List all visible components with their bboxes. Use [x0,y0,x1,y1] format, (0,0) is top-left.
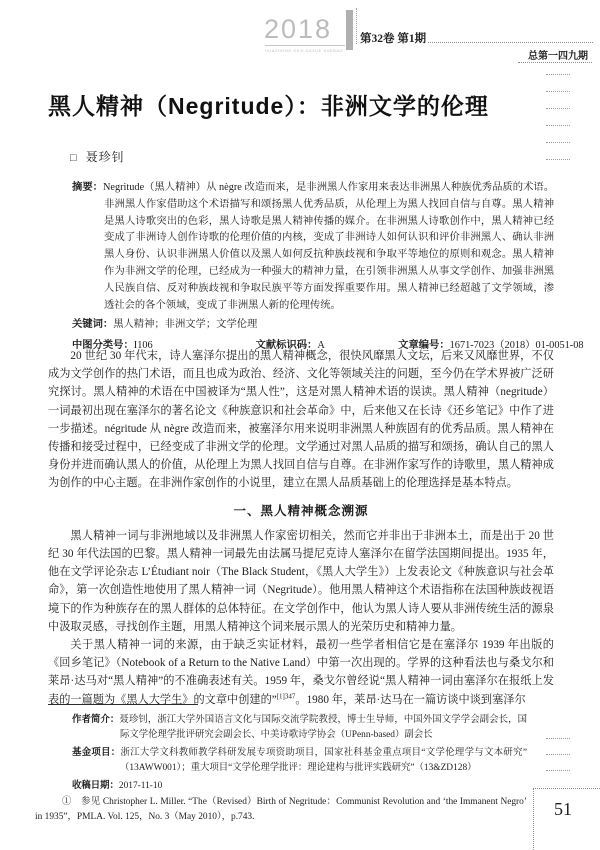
received-date-label: 收稿日期： [72,779,119,790]
dot-segment [546,159,570,160]
body-paragraph-1: 20 世纪 30 年代末，诗人塞泽尔提出的黑人精神概念，很快风靡黑人文坛，后来又… [48,347,554,493]
cumulative-dotted-underline [518,62,592,63]
journal-page: 2018 HUAZHONG KEJI DAXUE XUEBAO (SHEHUI … [0,0,600,850]
journal-name-pinyin: HUAZHONG KEJI DAXUE XUEBAO (SHEHUI KEXUE… [265,45,345,53]
abstract-block: 摘要：Negritude（黑人精神）从 nègre 改造而来，是非洲黑人作家用来… [72,180,554,355]
abstract-label: 摘要： [72,182,103,193]
citation-superscript: [1]347 [277,692,296,700]
journal-year: 2018 [264,14,332,45]
body-paragraph-3: 关于黑人精神一词的来源，由于缺乏实证材料，最初一些学者相信它是在塞泽尔 1939… [48,636,554,709]
author-bio-text: 聂珍钊，浙江大学外国语言文化与国际交流学院教授，博士生导师，中国外国文学学会副会… [119,715,527,740]
volume-issue: 第32卷 第1期 [360,30,426,46]
received-date-row: 收稿日期：2017-11-10 [72,777,527,794]
author-bio-row: 作者简介：聂珍钊，浙江大学外国语言文化与国际交流学院教授，博士生导师，中国外国文… [72,711,527,744]
author-marker-icon: □ [70,152,78,164]
dot-segment [546,125,570,126]
dot-segment [546,74,570,75]
footnote-1: ① 参见 Christopher L. Miller. “The（Revised… [35,795,527,826]
page-footer: 作者简介：聂珍钊，浙江大学外国语言文化与国际交流学院教授，博士生导师，中国外国文… [35,711,527,826]
paragraph-3-text-continued: 。1980 年，莱昂·达马在一篇访谈中谈到塞泽尔 [295,694,525,706]
dot-segment [546,754,570,755]
author-name: 聂珍钊 [86,150,125,164]
right-margin-dots-bottom [546,738,570,771]
body-paragraph-2: 黑人精神一词与非洲地域以及非洲黑人作家密切相关，然而它并非出于非洲本土，而是出于… [48,527,554,636]
fund-project-text: 浙江大学文科教师教学科研发展专项资助项目，国家社科基金重点项目“文学伦理学与文本… [120,748,527,773]
fund-project-label: 基金项目： [72,746,121,757]
section-1-heading: 一、黑人精神概念溯源 [48,502,554,520]
dot-segment [546,770,570,771]
footnote-divider-rule [48,704,198,705]
page-number: 51 [534,789,600,820]
header-divider-bar [346,10,353,50]
cumulative-issue: 总第一四九期 [528,47,588,62]
author-line: □聂珍钊 [70,148,125,165]
keywords: 关键词：黑人精神；非洲文学；文学伦理 [72,317,554,334]
header-dotted-divider [356,8,357,44]
fund-project-row: 基金项目：浙江大学文科教师教学科研发展专项资助项目，国家社科基金重点项目“文学伦… [72,744,527,777]
received-date-value: 2017-11-10 [119,781,162,791]
dot-segment [546,142,570,143]
abstract-text: Negritude（黑人精神）从 nègre 改造而来，是非洲黑人作家用来表达非… [103,182,554,311]
keywords-label: 关键词： [72,319,113,330]
dot-segment [546,738,570,739]
page-number-box: 51 [533,788,600,850]
article-title: 黑人精神（Negritude）：非洲文学的伦理 [48,88,556,121]
abstract: 摘要：Negritude（黑人精神）从 nègre 改造而来，是非洲黑人作家用来… [72,180,554,314]
keywords-text: 黑人精神；非洲文学；文学伦理 [113,319,257,330]
volume-dotted-leader [428,42,593,43]
article-body: 20 世纪 30 年代末，诗人塞泽尔提出的黑人精神概念，很快风靡黑人文坛，后来又… [48,347,554,709]
author-bio-label: 作者简介： [72,713,119,724]
